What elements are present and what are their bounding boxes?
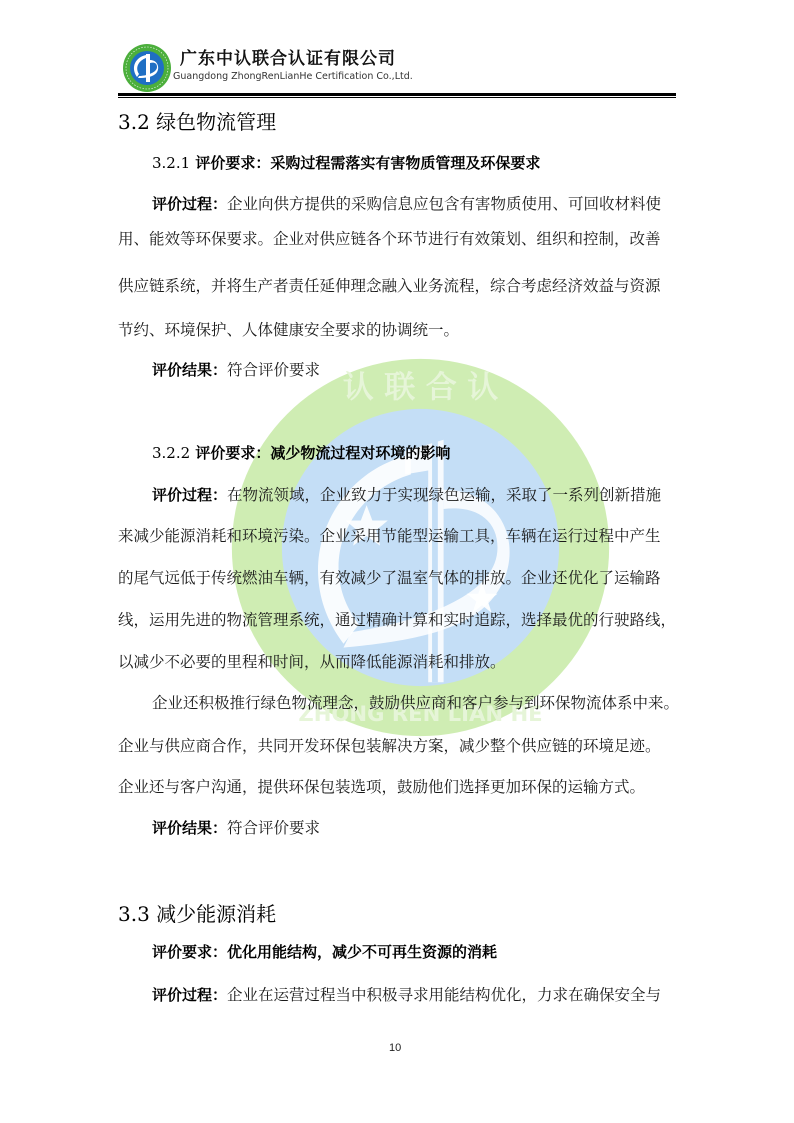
heading-text: 评价要求：采购过程需落实有害物质管理及环保要求: [195, 154, 540, 172]
document-page: 认 联 合 认 ZHONG REN LIAN HE 广东中认联合认证有限公司 G…: [0, 0, 794, 1123]
watermark-seal-icon: 认 联 合 认 ZHONG REN LIAN HE: [228, 355, 613, 740]
result-text: 符合评价要求: [227, 361, 320, 379]
requirement-line: 评价要求：优化用能结构，减少不可再生资源的消耗: [152, 941, 497, 962]
paragraph-line: 企业还积极推行绿色物流理念，鼓励供应商和客户参与到环保物流体系中来。: [152, 691, 679, 713]
paragraph-line: 供应链系统，并将生产者责任延伸理念融入业务流程，综合考虑经济效益与资源: [118, 274, 661, 296]
paragraph-line: 企业还与客户沟通，提供环保包装选项，鼓励他们选择更加环保的运输方式。: [118, 775, 645, 797]
paragraph-line: 评价过程：企业向供方提供的采购信息应包含有害物质使用、可回收材料使: [152, 192, 661, 214]
paragraph-line: 节约、环境保护、人体健康安全要求的协调统一。: [118, 318, 459, 340]
paragraph-line: 的尾气远低于传统燃油车辆，有效减少了温室气体的排放。企业还优化了运输路: [118, 566, 661, 588]
paragraph-line: 用、能效等环保要求。企业对供应链各个环节进行有效策划、组织和控制，改善: [118, 227, 661, 249]
company-name-cn: 广东中认联合认证有限公司: [180, 44, 396, 69]
paragraph-line: 企业与供应商合作，共同开发环保包装解决方案，减少整个供应链的环境足迹。: [118, 734, 661, 756]
result-text: 符合评价要求: [227, 819, 320, 837]
heading-number: 3.2.1: [152, 154, 190, 172]
result-label: 评价结果：: [152, 819, 227, 837]
subsection-heading-3-2-1: 3.2.1 评价要求：采购过程需落实有害物质管理及环保要求: [152, 152, 540, 173]
paragraph-text: 企业向供方提供的采购信息应包含有害物质使用、可回收材料使: [227, 195, 661, 213]
svg-text:认 联 合 认: 认 联 合 认: [343, 369, 499, 405]
header-rule-thin: [118, 97, 676, 98]
requirement-text: 优化用能结构，减少不可再生资源的消耗: [227, 943, 497, 961]
company-logo-icon: [122, 43, 172, 93]
subsection-heading-3-2-2: 3.2.2 评价要求：减少物流过程对环境的影响: [152, 442, 450, 463]
result-line: 评价结果：符合评价要求: [152, 358, 320, 380]
heading-text: 评价要求：减少物流过程对环境的影响: [195, 444, 450, 462]
paragraph-line: 线，运用先进的物流管理系统，通过精确计算和实时追踪，选择最优的行驶路线，: [118, 608, 676, 630]
page-header: 广东中认联合认证有限公司 Guangdong ZhongRenLianHe Ce…: [118, 38, 676, 98]
process-label: 评价过程：: [152, 986, 227, 1004]
page-number: 10: [389, 1042, 401, 1054]
result-label: 评价结果：: [152, 361, 227, 379]
section-title-3-3: 3.3 减少能源消耗: [118, 898, 276, 927]
header-rule-thick: [118, 93, 676, 96]
company-name-en: Guangdong ZhongRenLianHe Certification C…: [173, 71, 413, 82]
heading-number: 3.2.2: [152, 444, 190, 462]
paragraph-line: 评价过程：企业在运营过程当中积极寻求用能结构优化，力求在确保安全与: [152, 983, 661, 1005]
paragraph-line: 来减少能源消耗和环境污染。企业采用节能型运输工具，车辆在运行过程中产生: [118, 524, 661, 546]
paragraph-text: 企业在运营过程当中积极寻求用能结构优化，力求在确保安全与: [227, 986, 661, 1004]
paragraph-line: 以减少不必要的里程和时间，从而降低能源消耗和排放。: [118, 650, 506, 672]
process-label: 评价过程：: [152, 486, 227, 504]
section-title-3-2: 3.2 绿色物流管理: [118, 106, 276, 135]
requirement-label: 评价要求：: [152, 943, 227, 961]
result-line: 评价结果：符合评价要求: [152, 816, 320, 838]
paragraph-line: 评价过程：在物流领域，企业致力于实现绿色运输，采取了一系列创新措施: [152, 483, 661, 505]
paragraph-text: 在物流领域，企业致力于实现绿色运输，采取了一系列创新措施: [227, 486, 661, 504]
process-label: 评价过程：: [152, 195, 227, 213]
